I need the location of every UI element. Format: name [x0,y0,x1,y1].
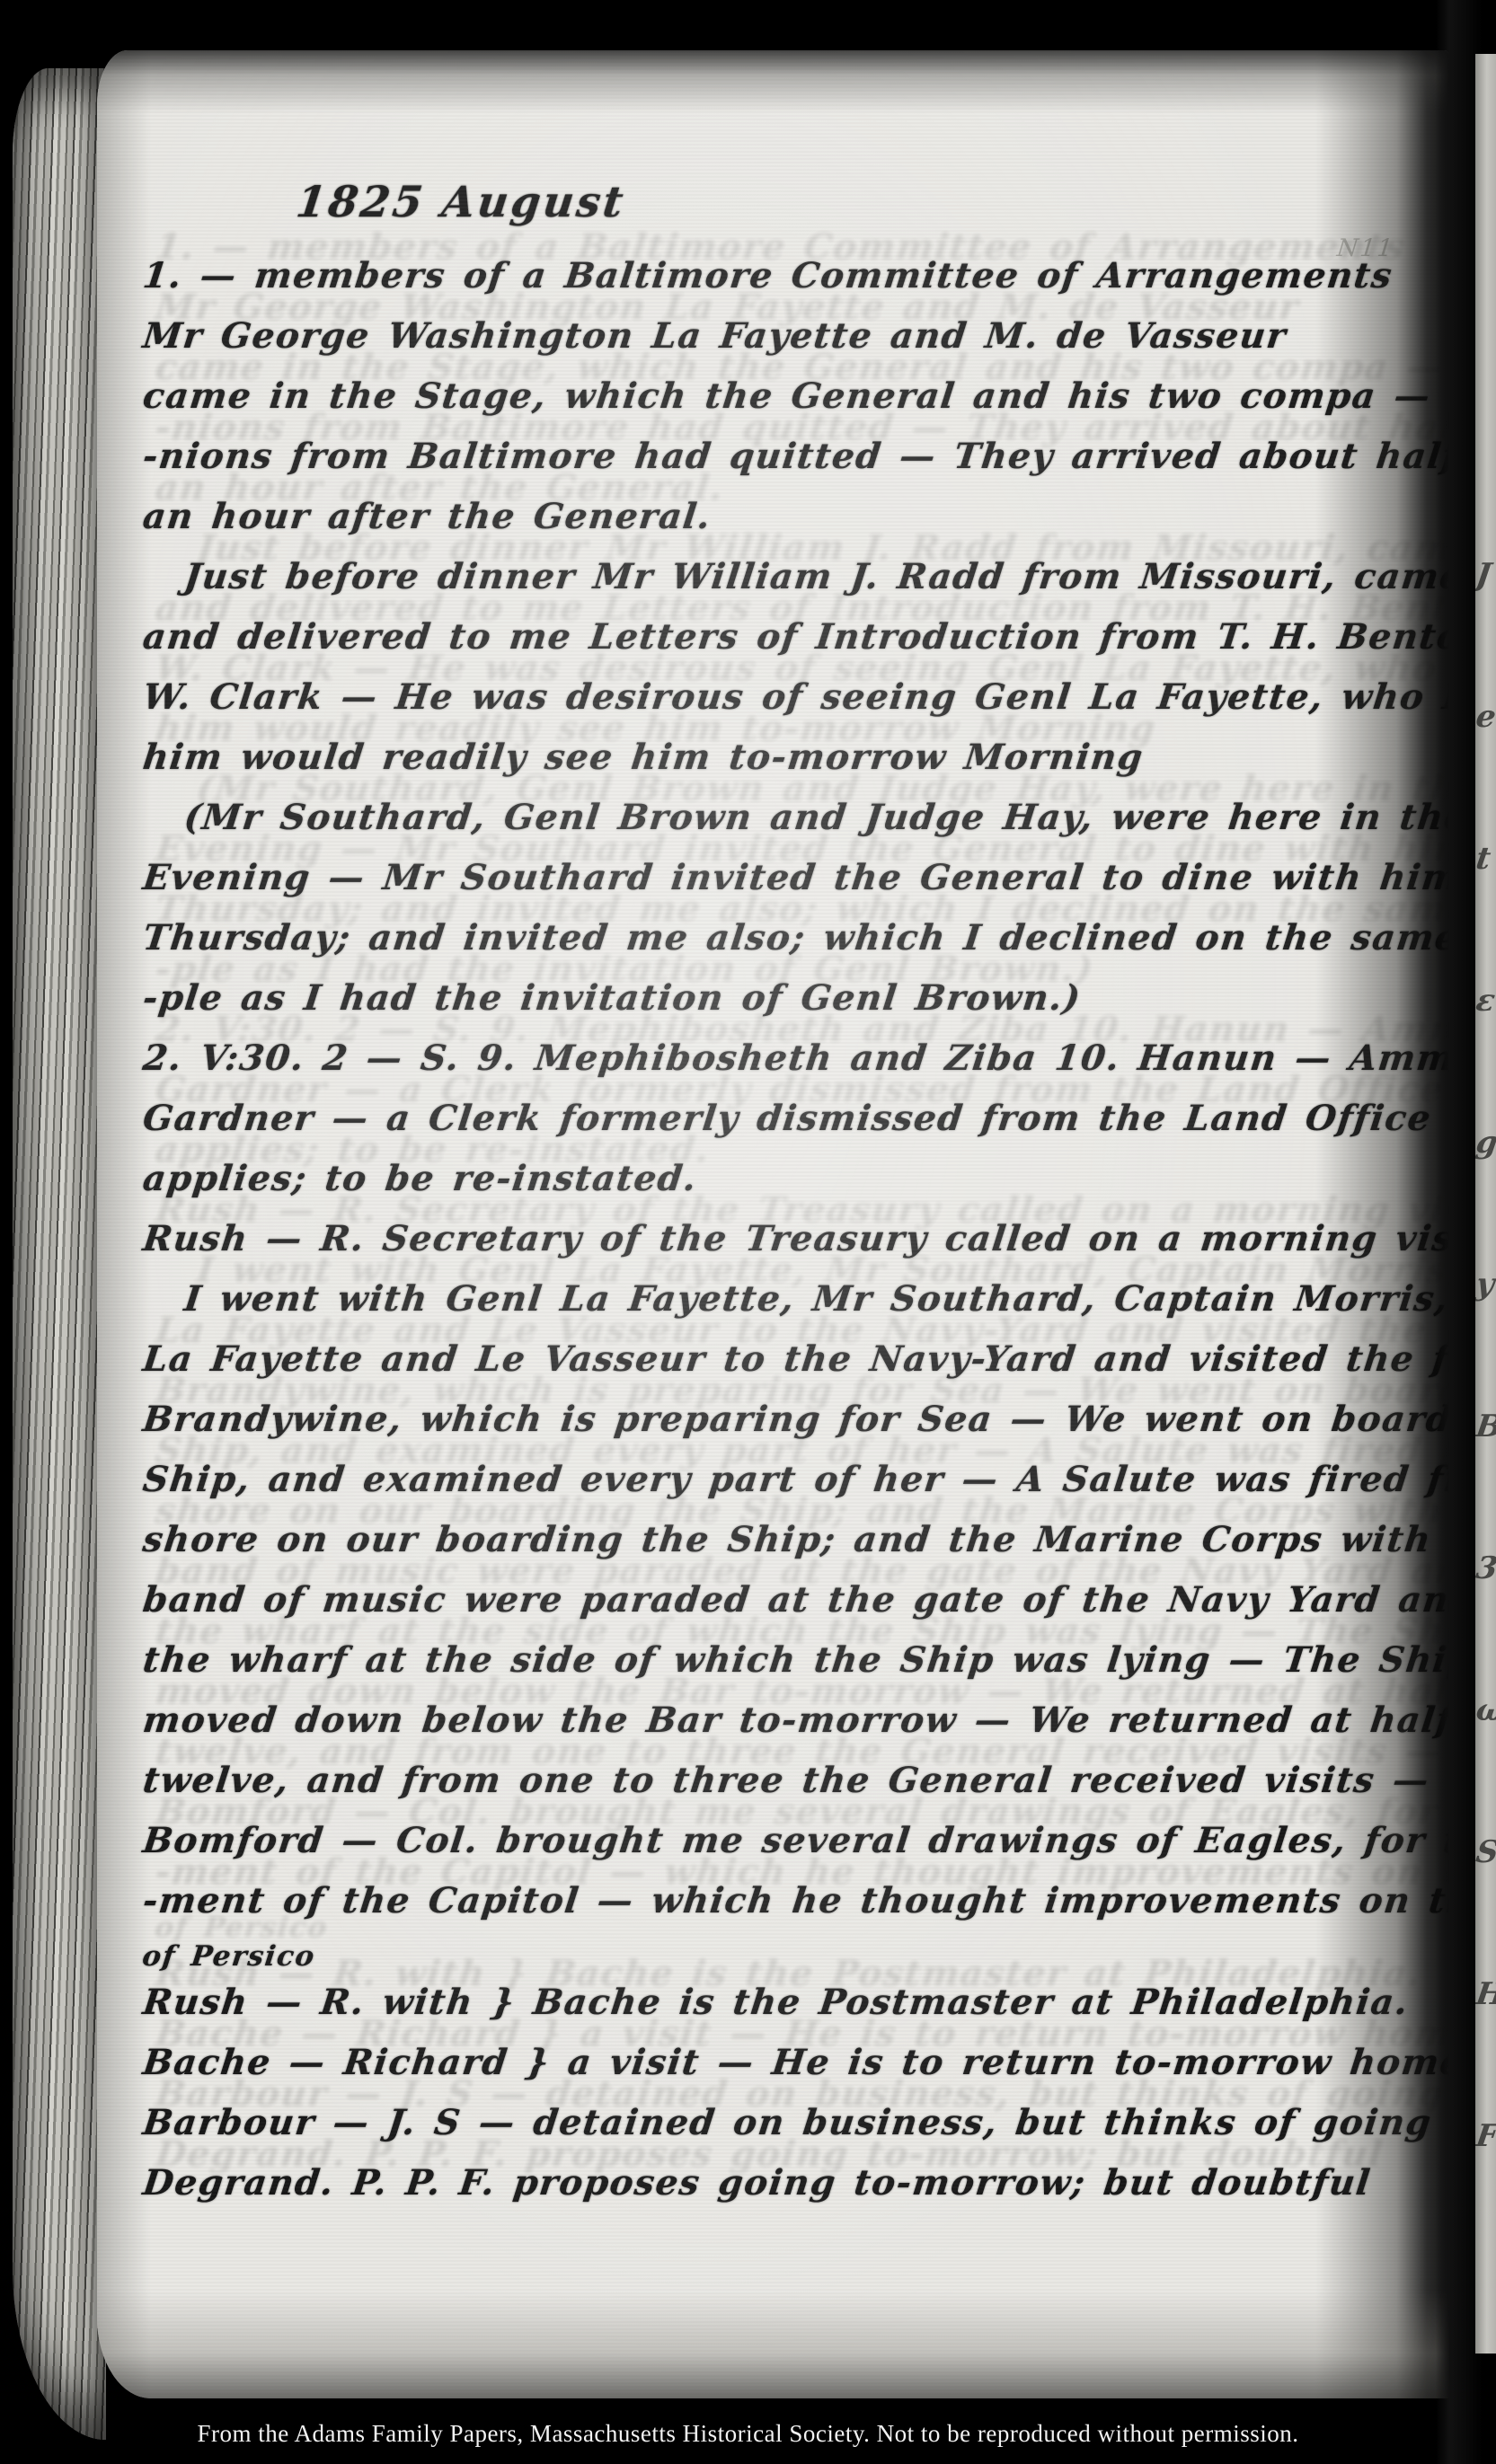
manuscript-line: La Fayette and Le Vasseur to the Navy-Ya… [138,1338,1421,1399]
facing-page-letter-fragment: ε [1475,983,1496,1019]
archive-caption: From the Adams Family Papers, Massachuse… [0,2420,1496,2448]
manuscript-line: applies; to be re-instated. [138,1158,1421,1218]
manuscript-line: Ship, and examined every part of her — A… [138,1459,1421,1519]
facing-page-letter-fragment: e [1475,699,1496,735]
manuscript-scan: 1. — members of a Baltimore Committee of… [0,0,1496,2464]
manuscript-line: Degrand. P. P. F. proposes going to-morr… [138,2162,1421,2222]
manuscript-line: Bomford — Col. brought me several drawin… [138,1820,1421,1880]
manuscript-line: an hour after the General. [138,496,1421,556]
book-page-edges [13,68,106,2440]
manuscript-line: Thursday; and invited me also; which I d… [138,917,1421,977]
manuscript-line: Brandywine, which is preparing for Sea —… [138,1399,1421,1459]
manuscript-line: Rush — R. with } Bache is the Postmaster… [138,1982,1421,2042]
facing-page-letter-fragment: H [1475,1976,1496,2012]
manuscript-line: band of music were paraded at the gate o… [138,1579,1421,1639]
manuscript-line: I went with Genl La Fayette, Mr Southard… [138,1278,1421,1338]
facing-page-letter-fragment: F [1475,2118,1496,2154]
facing-page-letter-fragment: ω [1475,1692,1496,1728]
facing-page-letter-fragment: 3 [1475,1550,1496,1586]
facing-page-letter-fragment: S [1475,1834,1496,1870]
manuscript-line: the wharf at the side of which the Ship … [138,1639,1421,1700]
diary-text-block: 1. — members of a Baltimore Committee of… [142,255,1418,2222]
manuscript-line: W. Clark — He was desirous of seeing Gen… [138,676,1421,737]
manuscript-line: 1. — members of a Baltimore Committee of… [138,255,1421,315]
entry-heading: 1825 August [294,178,629,227]
manuscript-line: Bache — Richard } a visit — He is to ret… [138,2042,1421,2102]
facing-page-letter-fragment: y [1475,1267,1496,1303]
manuscript-line: and delivered to me Letters of Introduct… [138,616,1421,676]
manuscript-line: twelve, and from one to three the Genera… [138,1760,1421,1820]
facing-page-letter-fragment: g [1475,1125,1496,1161]
manuscript-line: came in the Stage, which the General and… [138,375,1421,436]
manuscript-line: Evening — Mr Southard invited the Genera… [138,857,1421,917]
manuscript-line: Just before dinner Mr William J. Radd fr… [138,556,1421,616]
manuscript-line: -ment of the Capitol — which he thought … [138,1880,1421,1940]
manuscript-line: Mr George Washington La Fayette and M. d… [138,315,1421,375]
manuscript-line: him would readily see him to-morrow Morn… [138,737,1421,797]
manuscript-page: 1. — members of a Baltimore Committee of… [97,50,1450,2398]
manuscript-line: (Mr Southard, Genl Brown and Judge Hay, … [138,797,1421,857]
manuscript-line: Rush — R. Secretary of the Treasury call… [138,1218,1421,1278]
manuscript-line: shore on our boarding the Ship; and the … [138,1519,1421,1579]
manuscript-line: moved down below the Bar to-morrow — We … [138,1700,1421,1760]
manuscript-line: -ple as I had the invitation of Genl Bro… [138,977,1421,1038]
facing-page-letter-fragment: B [1475,1409,1496,1444]
facing-page-letter-fragment: t [1475,841,1493,877]
pencil-marginalia: N11 [1335,234,1395,262]
facing-page-sliver: JetεgyB3ωSHF [1475,54,1496,2354]
manuscript-line: of Persico [139,1940,1421,1982]
manuscript-line: Barbour — J. S — detained on business, b… [138,2102,1421,2162]
facing-page-letter-fragment: J [1475,557,1493,593]
manuscript-line: 2. V:30. 2 — S. 9. Mephibosheth and Ziba… [138,1038,1421,1098]
manuscript-line: -nions from Baltimore had quitted — They… [138,436,1421,496]
manuscript-line: Gardner — a Clerk formerly dismissed fro… [138,1098,1421,1158]
